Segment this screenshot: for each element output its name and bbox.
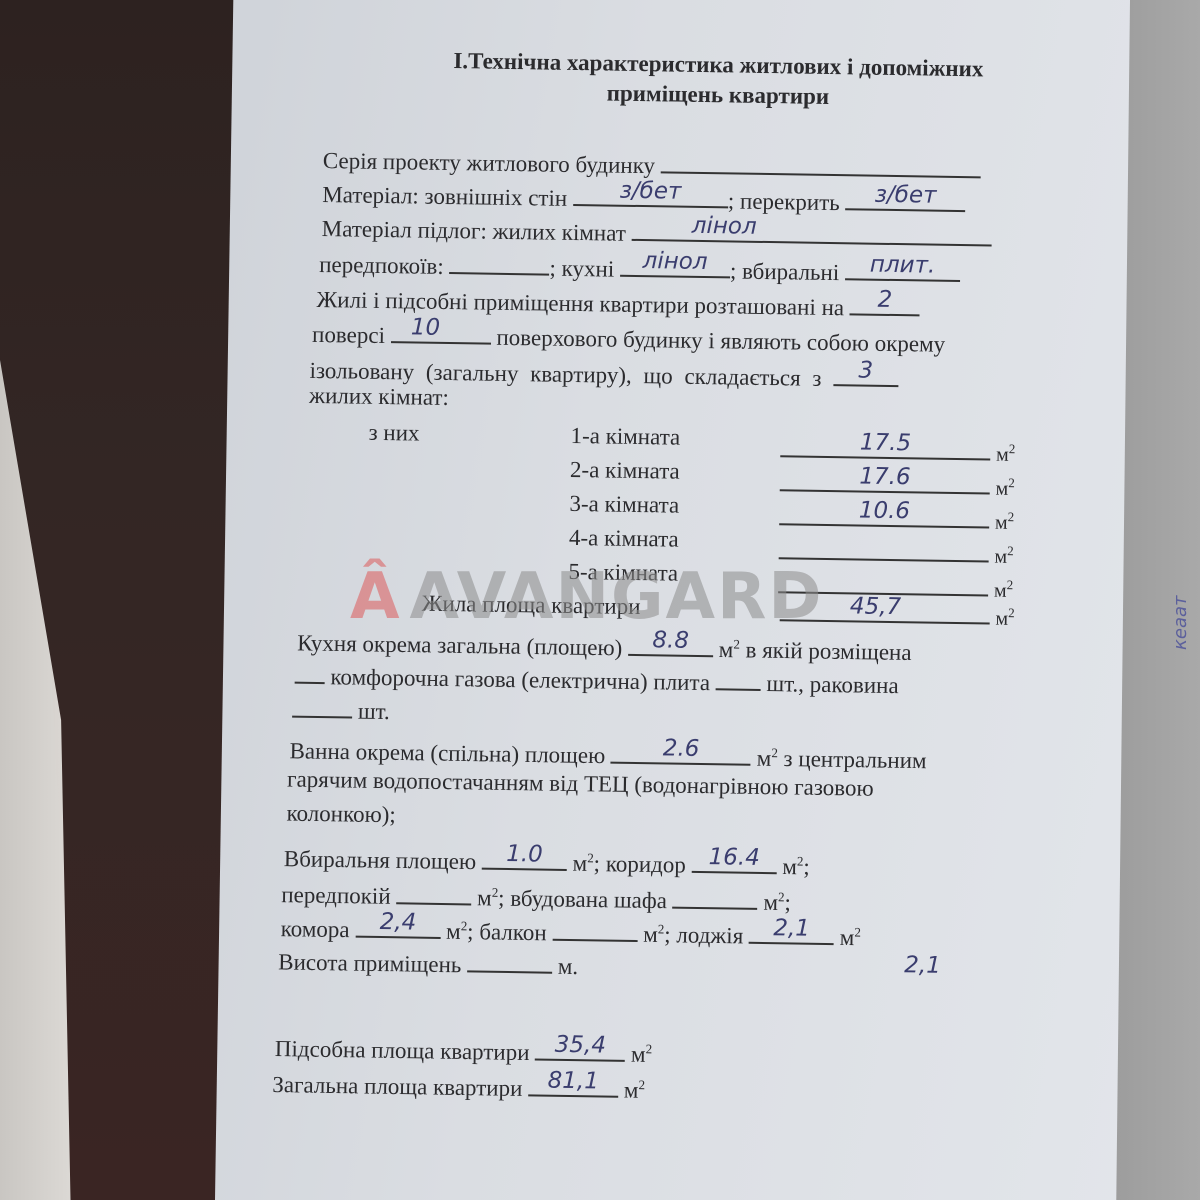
bath-area-field: 2.6 [611,739,751,765]
rooms-count-field: 3 [833,362,898,387]
sink-count-field [292,694,352,719]
toilet-floor-field: плит. [845,256,960,282]
room-label: 1-а кімната [570,422,680,452]
living-rooms-label: жилих кімнат: [309,382,449,412]
stove-row: комфорочна газова (електрична) плита шт.… [295,660,899,700]
room-label: 2-а кімната [570,456,680,486]
storage-area-field: 2,4 [355,913,440,938]
room-area-field: 17.6 [780,467,990,494]
avangard-logo-icon: Â [350,560,402,634]
height-field [467,948,552,973]
storage-balcony-loggia-row: комора 2,4 м2; балкон м2; лоджія 2,1 м2 [281,909,862,952]
storeys-field: 10 [391,319,491,345]
boiler-row: колонкою); [286,800,396,830]
floor-rooms-field: лінол [632,217,992,247]
auxiliary-area-field: 35,4 [535,1036,625,1061]
corridor-area-field: 16.4 [691,849,776,874]
loggia-area-field: 2,1 [749,919,834,944]
walls-field: з/бет [573,182,728,208]
stove-count-field [716,666,761,691]
toilet-area-field: 1.0 [482,845,567,870]
kitchen-area-field: 8.8 [628,632,713,657]
auxiliary-area-row: Підсобна площа квартири 35,4 м2 [275,1029,653,1069]
hallways-field [449,250,549,276]
height-row: Висота приміщень м. [278,945,578,981]
kitchen-floor-field: лінол [620,253,730,279]
document-title: І.Технічна характеристика житлових і доп… [368,45,1069,116]
room-label: 3-а кімната [569,490,679,520]
toilet-corridor-row: Вбиральня площею 1.0 м2; коридор 16.4 м2… [284,839,810,881]
storeys-row: поверсі 10 поверхового будинку і являють… [312,318,946,359]
series-field [661,149,981,178]
wardrobe-area-field [673,884,758,909]
floor-number-field: 2 [850,291,920,316]
hallways-row: передпокоїв: ; кухні лінол; вбиральні пл… [319,248,960,289]
loggia-correction: 2,1 [904,951,941,980]
total-area-row: Загальна площа квартири 81,1 м2 [272,1065,645,1105]
sink-row: шт. [292,694,390,727]
total-area-field: 81,1 [528,1072,618,1097]
room-area-field [779,535,989,562]
room-area-field: 10.6 [779,501,989,528]
room-label: 4-а кімната [569,524,679,554]
hall-area-field [396,880,471,905]
watermark: ÂAVANGARD [350,560,823,634]
balcony-area-field [552,916,637,941]
room-area-field: 17.5 [780,433,990,460]
ceiling-field: з/бет [845,186,965,212]
of-them-label: з них [368,419,419,448]
room-area-row: 10.6 м2 [779,499,1014,536]
burners-field [295,660,325,684]
